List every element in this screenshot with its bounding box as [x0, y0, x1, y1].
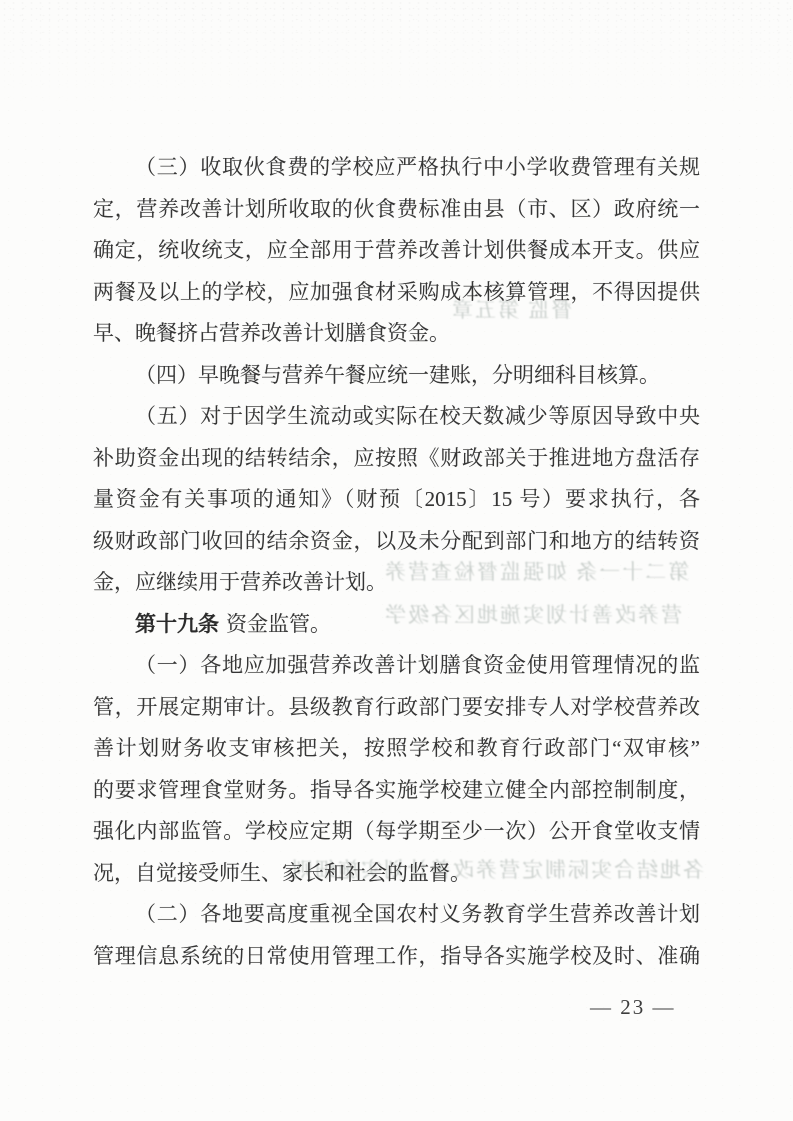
text-line: 况，自觉接受师生、家长和社会的监督。 [93, 853, 700, 895]
scan-noise-top [0, 0, 793, 110]
text-line: （四）早晚餐与营养午餐应统一建账，分明细科目核算。 [93, 355, 700, 397]
text-line: 强化内部监管。学校应定期（每学期至少一次）公开食堂收支情 [93, 811, 700, 853]
text-line: 第十九条资金监管。 [93, 604, 700, 646]
text-line: 补助资金出现的结转结余，应按照《财政部关于推进地方盘活存 [93, 438, 700, 480]
text-line: 两餐及以上的学校，应加强食材采购成本核算管理，不得因提供 [93, 272, 700, 314]
text-line: （五）对于因学生流动或实际在校天数减少等原因导致中央 [93, 396, 700, 438]
page-number: — 23 — [590, 995, 676, 1020]
text-line: 量资金有关事项的通知》（财预〔2015〕15 号）要求执行，各 [93, 479, 700, 521]
text-line: 确定，统收统支，应全部用于营养改善计划供餐成本开支。供应 [93, 230, 700, 272]
article-number: 第十九条 [135, 612, 219, 636]
text-line: 管，开展定期审计。县级教育行政部门要安排专人对学校营养改 [93, 687, 700, 729]
text-line: 早、晚餐挤占营养改善计划膳食资金。 [93, 313, 700, 355]
text-line: （二）各地要高度重视全国农村义务教育学生营养改善计划 [93, 894, 700, 936]
text-line: 管理信息系统的日常使用管理工作，指导各实施学校及时、准确 [93, 936, 700, 978]
document-page: 督监 第五章第二十一条 如强监督检查营养营养改善计划实施地区各级学各地结合实际制… [0, 0, 793, 1121]
text-line: 善计划财务收支审核把关，按照学校和教育行政部门“双审核” [93, 728, 700, 770]
text-line: （三）收取伙食费的学校应严格执行中小学收费管理有关规 [93, 147, 700, 189]
text-line: 金，应继续用于营养改善计划。 [93, 562, 700, 604]
text-line: 定，营养改善计划所收取的伙食费标准由县（市、区）政府统一 [93, 189, 700, 231]
text-line: （一）各地应加强营养改善计划膳食资金使用管理情况的监 [93, 645, 700, 687]
document-text-block: （三）收取伙食费的学校应严格执行中小学收费管理有关规定，营养改善计划所收取的伙食… [93, 147, 700, 977]
text-line: 的要求管理食堂财务。指导各实施学校建立健全内部控制制度， [93, 770, 700, 812]
text-line: 级财政部门收回的结余资金，以及未分配到部门和地方的结转资 [93, 521, 700, 563]
